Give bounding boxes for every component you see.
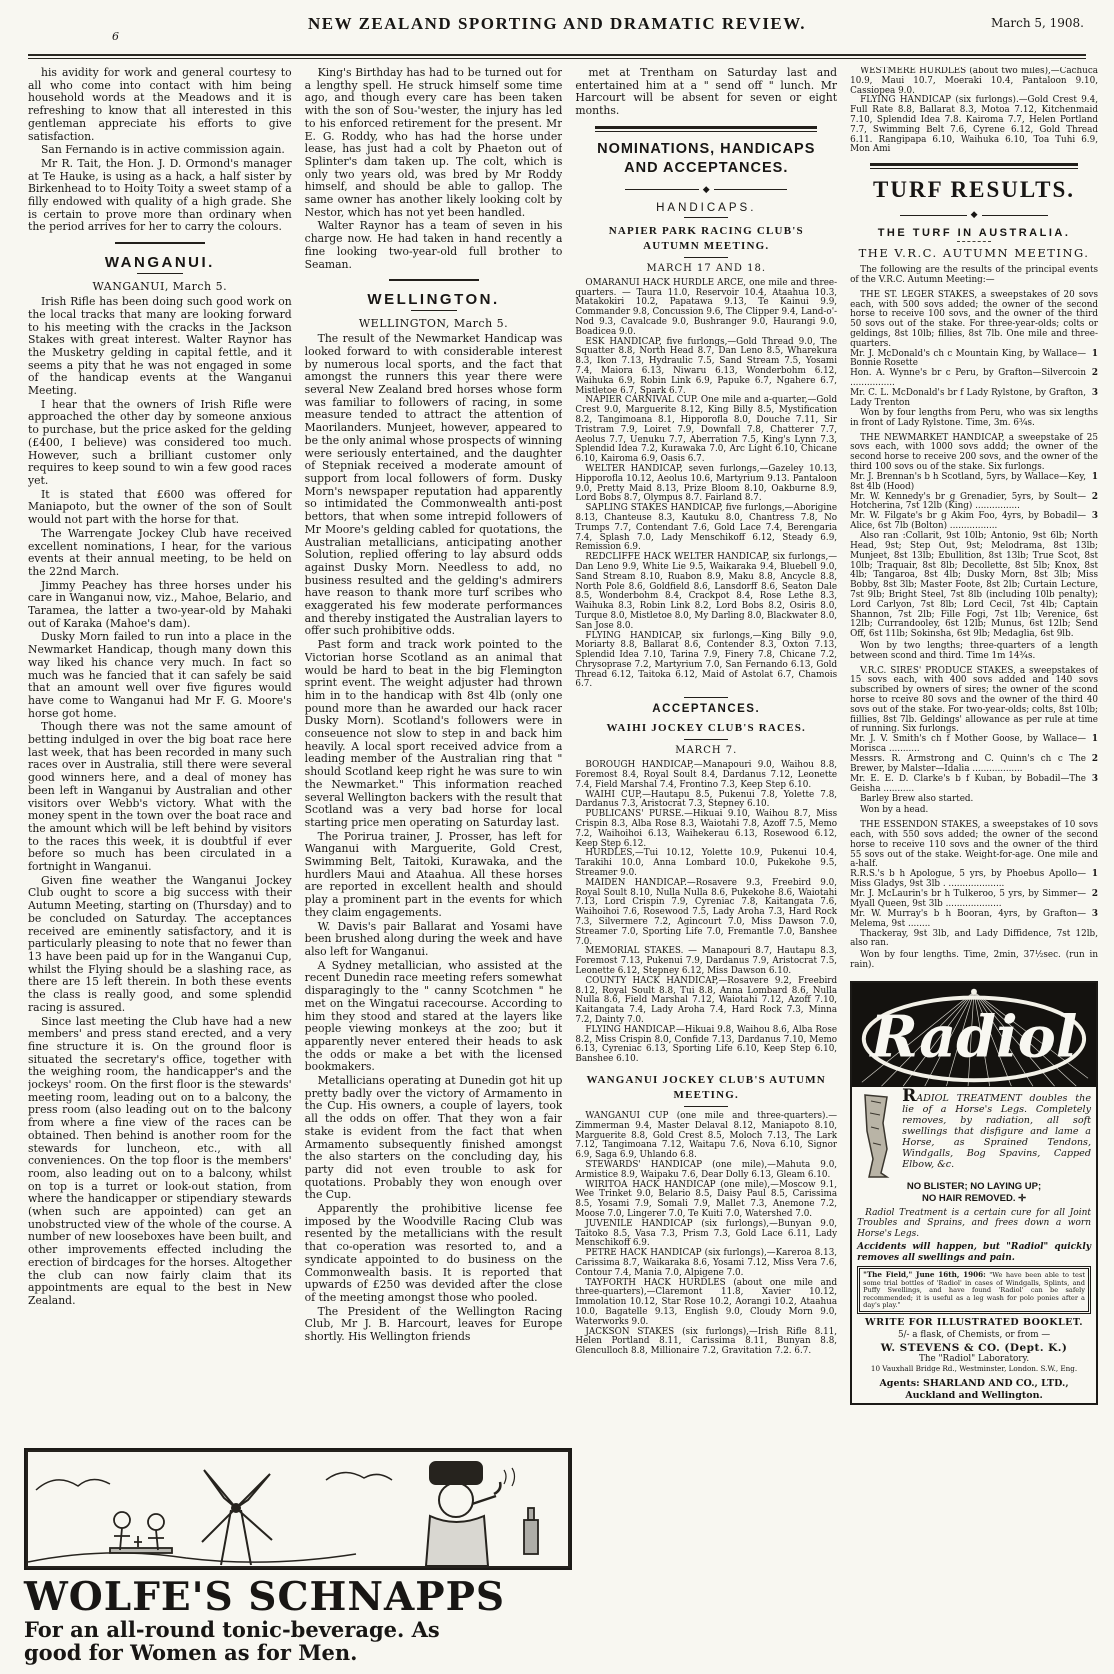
vrc-meeting-subheading: THE V.R.C. AUTUMN MEETING. [850,246,1098,260]
race-result-text: Mr. J. McDonald's ch c Mountain King, by… [850,350,1086,370]
news-paragraph: Walter Raynor has a team of seven in his… [305,220,563,271]
sires-produce-note-2: Won by a head. [850,806,1098,816]
wanganui-club-heading: WANGANUI JOCKEY CLUB'S AUTUMN MEETING. [579,1073,833,1103]
acceptance-race-entry: PUBLICANS' PURSE.—Hikuai 9.10, Waihou 8.… [575,810,837,849]
news-paragraph: Given fine weather the Wanganui Jockey C… [28,875,292,1015]
race-result-row: Mr. J. Brennan's b h Scotland, 5yrs, by … [850,473,1098,493]
race-result-place: 2 [1086,755,1098,775]
acceptance-race-entry: WIRITOA HACK HANDICAP (one mile),—Moscow… [575,1181,837,1220]
col1-intro-paragraphs: his avidity for work and general courtes… [28,67,292,234]
race-result-row: Mr. W. Murray's b h Booran, 4yrs, by Gra… [850,910,1098,930]
turf-results-heading: TURF RESULTS. [850,177,1098,203]
issue-date: March 5, 1908. [991,16,1084,30]
handicap-race-entry: OMARANUI HACK HURDLE ARCE, one mile and … [575,279,837,338]
acceptance-race-entry: BOROUGH HANDICAP,—Manapouri 9.0, Waihou … [575,761,837,790]
news-paragraph: Past form and track work pointed to the … [305,639,563,830]
race-result-text: Mr. W. Kennedy's br g Grenadier, 5yrs, b… [850,493,1086,513]
radiol-agents-line: Agents: SHARLAND AND CO., LTD., Auckland… [857,1378,1091,1401]
acceptance-race-entry: MAIDEN HANDICAP.—Rosavere 9.3, Freebird … [575,879,837,948]
column-3: met at Trentham on Saturday last and ent… [575,67,837,1357]
divider [684,1106,728,1107]
race-result-place: 1 [1086,473,1098,493]
essendon-description: THE ESSENDON STAKES, a sweepstakes of 10… [850,821,1098,870]
news-paragraph: The Warrengate Jockey Club have received… [28,528,292,579]
paper-title: NEW ZEALAND SPORTING AND DRAMATIC REVIEW… [0,14,1114,34]
news-paragraph: The result of the Newmarket Handicap was… [305,333,563,638]
wolfes-schnapps-tagline-2: good for Women as for Men. [24,1641,572,1664]
acceptance-race-entry: FLYING HANDICAP.—Hikuai 9.8, Waihou 8.6,… [575,1026,837,1065]
divider [684,257,728,258]
wellington-dateline: WELLINGTON, March 5. [305,317,563,330]
news-paragraph: his avidity for work and general courtes… [28,67,292,143]
divider [684,697,728,698]
column-4: WESTMERE HURDLES (about two miles),—Cach… [850,67,1098,1405]
news-paragraph: Jimmy Peachey has three horses under his… [28,580,292,631]
race-result-place: 1 [1086,735,1098,755]
race-result-row: R.R.S.'s b h Apologue, 5 yrs, by Phoebus… [850,870,1098,890]
newmarket-description: THE NEWMARKET HANDICAP, a sweepstake of … [850,434,1098,473]
wellington-heading: WELLINGTON. [305,291,563,308]
race-result-text: Mr. C. L. McDonald's br f Lady Rylstone,… [850,389,1086,409]
race-result-place: 2 [1086,369,1098,389]
col4-continued-races: WESTMERE HURDLES (about two miles),—Cach… [850,67,1098,155]
wellington-paragraphs: The result of the Newmarket Handicap was… [305,333,563,1344]
race-result-row: Mr. J. V. Smith's ch f Mother Goose, by … [850,735,1098,755]
race-result-text: Mr. W. Filgate's br g Akim Foo, 4yrs, by… [850,512,1086,532]
radiol-press-quote: "The Field," June 16th, 1906: "We have b… [859,1268,1089,1312]
napier-meeting-date: MARCH 17 AND 18. [575,263,837,274]
radiol-advertisement: Radiol RADIOL TREATMENT doubles the lie … [850,981,1098,1406]
radiol-laboratory-line: The "Radiol" Laboratory. [857,1354,1091,1364]
divider [137,273,183,274]
wolfes-schnapps-title: WOLFE'S SCHNAPPS [24,1576,572,1618]
continued-paragraph: met at Trentham on Saturday last and ent… [575,67,837,118]
napier-club-heading: NAPIER PARK RACING CLUB'S AUTUMN MEETING… [579,224,833,254]
race-result-place: 3 [1086,512,1098,532]
radiol-price-line: 5/- a flask, of Chemists, or from — [857,1330,1091,1340]
race-result-place: 2 [1086,493,1098,513]
race-result-place: 1 [1086,870,1098,890]
page-number: 6 [112,30,119,43]
race-result-place: 1 [1086,350,1098,370]
handicap-race-entry: WELTER HANDICAP, seven furlongs,—Gazeley… [575,465,837,504]
radiol-address-line: 10 Vauxhall Bridge Rd., Westminster, Lon… [857,1364,1091,1373]
column-2: King's Birthday has had to be turned out… [305,67,563,1345]
section-rule [595,126,817,132]
sires-produce-note: Barley Brew also started. [850,795,1098,805]
essendon-results: R.R.S.'s b h Apologue, 5 yrs, by Phoebus… [850,870,1098,929]
divider [411,310,457,311]
race-result-row: Mr. C. L. McDonald's br f Lady Rylstone,… [850,389,1098,409]
race-result-place: 2 [1086,890,1098,910]
newspaper-page: 6 NEW ZEALAND SPORTING AND DRAMATIC REVI… [0,0,1114,1674]
wanganui-heading: WANGANUI. [28,254,292,271]
race-result-row: Mr. J. McDonald's ch c Mountain King, by… [850,350,1098,370]
radiol-body: RADIOL TREATMENT doubles the lie of a Ho… [852,1087,1096,1404]
divider [115,242,205,244]
divider [957,241,991,242]
race-result-place: 3 [1086,910,1098,930]
race-result-text: Mr. J. Brennan's b h Scotland, 5yrs, by … [850,473,1086,493]
essendon-note-2: Won by four lengths. Time, 2min, 37½sec.… [850,951,1098,971]
handicap-race-entry: NAPIER CARNIVAL CUP. One mile and a-quar… [575,396,837,465]
essendon-note: Thackeray, 9st 3lb, and Lady Diffidence,… [850,930,1098,950]
news-paragraph: I hear that the owners of Irish Rifle we… [28,399,292,488]
race-result-text: Messrs. R. Armstrong and C. Quinn's ch c… [850,755,1086,775]
radiol-lead-body: ADIOL TREATMENT doubles the lie of a Hor… [902,1093,1091,1170]
divider [684,217,728,218]
divider [389,279,479,281]
race-result-text: Mr. J. V. Smith's ch f Mother Goose, by … [850,735,1086,755]
wolfes-schnapps-illustration [24,1448,572,1570]
column-1: his avidity for work and general courtes… [28,67,292,1309]
diamond-ornament: ◆ [699,185,714,195]
news-paragraph: San Fernando is in active commission aga… [28,144,292,157]
news-paragraph: A Sydney metallician, who assisted at th… [305,960,563,1074]
news-paragraph: The President of the Wellington Racing C… [305,1306,563,1344]
ornament-rule: ◆ [900,210,1048,220]
handicap-race-entry: FLYING HANDICAP (six furlongs).—Gold Cre… [850,96,1098,155]
news-paragraph: Metallicians operating at Dunedin got hi… [305,1075,563,1202]
results-intro: The following are the results of the pri… [850,266,1098,286]
masthead: 6 NEW ZEALAND SPORTING AND DRAMATIC REVI… [0,0,1114,50]
handicap-race-entry: WESTMERE HURDLES (about two miles),—Cach… [850,67,1098,96]
radiol-cure-text: Radiol Treatment is a certain cure for a… [857,1208,1091,1240]
acceptance-race-entry: TAYFORTH HACK HURDLES (about one mile an… [575,1279,837,1328]
race-result-text: Hon. A. Wynne's br c Peru, by Grafton—Si… [850,369,1086,389]
waihi-races: BOROUGH HANDICAP,—Manapouri 9.0, Waihou … [575,761,837,1065]
sires-produce-results: Mr. J. V. Smith's ch f Mother Goose, by … [850,735,1098,794]
radiol-logo: Radiol [852,983,1096,1087]
napier-races: OMARANUI HACK HURDLE ARCE, one mile and … [575,279,837,690]
news-paragraph: Since last meeting the Club have had a n… [28,1016,292,1308]
newmarket-note: Won by two lengths; three-quarters of a … [850,642,1098,662]
radiol-no-blister-line-2: NO HAIR REMOVED. ✛ [857,1193,1091,1205]
waihi-club-heading: WAIHI JOCKEY CLUB'S RACES. [579,721,833,736]
news-paragraph: Irish Rifle has been doing such good wor… [28,296,292,398]
sires-produce-description: V.R.C. SIRES' PRODUCE STAKES, a sweepsta… [850,667,1098,736]
nominations-heading: NOMINATIONS, HANDICAPS AND ACCEPTANCES. [581,140,831,178]
newmarket-results: Mr. J. Brennan's b h Scotland, 5yrs, by … [850,473,1098,532]
race-result-place: 3 [1086,775,1098,795]
news-paragraph: Apparently the prohibitive license fee i… [305,1203,563,1305]
columns: his avidity for work and general courtes… [0,59,1114,1405]
acceptance-race-entry: STEWARDS' HANDICAP (one mile),—Mahuta 9.… [575,1161,837,1181]
turf-australia-subheading: THE TURF IN AUSTRALIA. [850,227,1098,239]
wolfes-schnapps-tagline-1: For an all-round tonic-beverage. As [24,1618,572,1641]
handicap-race-entry: ESK HANDICAP, five furlongs,—Gold Thread… [575,338,837,397]
acceptance-race-entry: HURDLES,—Tui 10.12, Yolette 10.9, Pukenu… [575,849,837,878]
race-result-text: Mr. J. McLaurin's br h Tulkeroo, 5 yrs, … [850,890,1086,910]
acceptance-race-entry: PETRE HACK HANDICAP (six furlongs),—Kare… [575,1249,837,1278]
acceptance-race-entry: WANGANUI CUP (one mile and three-quarter… [575,1112,837,1161]
race-result-row: Mr. E. E. D. Clarke's b f Kuban, by Boba… [850,775,1098,795]
radiol-booklet-line: WRITE FOR ILLUSTRATED BOOKLET. [857,1317,1091,1328]
race-result-row: Mr. W. Filgate's br g Akim Foo, 4yrs, by… [850,512,1098,532]
st-leger-description: THE ST. LEGER STAKES, a sweepstakes of 2… [850,291,1098,350]
news-paragraph: King's Birthday has had to be turned out… [305,67,563,219]
newmarket-also-ran: Also ran :Collarit, 9st 10lb; Antonio, 9… [850,532,1098,640]
divider [684,739,728,740]
acceptance-race-entry: JACKSON STAKES (six furlongs),—Irish Rif… [575,1328,837,1357]
radiol-accidents-text: Accidents will happen, but "Radiol" quic… [857,1242,1091,1263]
news-paragraph: Mr R. Tait, the Hon. J. D. Ormond's mana… [28,158,292,234]
svg-text:Radiol: Radiol [869,1003,1078,1070]
diamond-ornament: ◆ [967,210,982,220]
race-result-text: R.R.S.'s b h Apologue, 5 yrs, by Phoebus… [850,870,1086,890]
radiol-no-blister-line-1: NO BLISTER; NO LAYING UP; [857,1181,1091,1193]
news-paragraph: The Porirua trainer, J. Prosser, has lef… [305,831,563,920]
race-result-text: Mr. W. Murray's b h Booran, 4yrs, by Gra… [850,910,1086,930]
news-paragraph: Dusky Morn failed to run into a place in… [28,631,292,720]
ornament-rule: ◆ [625,185,787,195]
wanganui-paragraphs: Irish Rifle has been doing such good wor… [28,296,292,1308]
wolfes-schnapps-advertisement: WOLFE'S SCHNAPPS For an all-round tonic-… [24,1448,572,1674]
handicaps-subheading: HANDICAPS. [575,202,837,214]
race-result-row: Mr. J. McLaurin's br h Tulkeroo, 5 yrs, … [850,890,1098,910]
st-leger-results: Mr. J. McDonald's ch c Mountain King, by… [850,350,1098,409]
wanganui-dateline: WANGANUI, March 5. [28,280,292,293]
waihi-meeting-date: MARCH 7. [575,745,837,756]
st-leger-note: Won by four lengths from Peru, who was s… [850,409,1098,429]
race-result-place: 3 [1086,389,1098,409]
acceptances-subheading: ACCEPTANCES. [575,703,837,715]
race-result-text: Mr. E. E. D. Clarke's b f Kuban, by Boba… [850,775,1086,795]
section-rule [870,163,1078,169]
handicap-race-entry: SAPLING STAKES HANDICAP, five furlongs,—… [575,504,837,553]
handicap-race-entry: REDCLIFFE HACK WELTER HANDICAP, six furl… [575,553,837,631]
col2-intro-paragraphs: King's Birthday has had to be turned out… [305,67,563,271]
acceptance-race-entry: JUVENILE HANDICAP (six furlongs),—Bunyan… [575,1220,837,1249]
news-paragraph: W. Davis's pair Ballarat and Yosami have… [305,921,563,959]
acceptance-race-entry: MEMORIAL STAKES. — Manapouri 8.7, Hautap… [575,947,837,976]
news-paragraph: It is stated that £600 was offered for M… [28,489,292,527]
acceptance-race-entry: COUNTY HACK HANDICAP,—Rosavere 9.2, Free… [575,977,837,1026]
race-result-row: Messrs. R. Armstrong and C. Quinn's ch c… [850,755,1098,775]
horse-leg-illustration [857,1093,897,1179]
radiol-dropcap: R [902,1086,916,1106]
acceptance-race-entry: WAIHI CUP,—Hautapu 8.5, Pukenui 7.8, Yol… [575,791,837,811]
news-paragraph: Though there was not the same amount of … [28,721,292,873]
race-result-row: Hon. A. Wynne's br c Peru, by Grafton—Si… [850,369,1098,389]
wanganui-jc-races: WANGANUI CUP (one mile and three-quarter… [575,1112,837,1357]
race-result-row: Mr. W. Kennedy's br g Grenadier, 5yrs, b… [850,493,1098,513]
radiol-company-name: W. STEVENS & CO. (Dept. K.) [857,1342,1091,1354]
handicap-race-entry: FLYING HANDICAP, six furlongs,—King Bill… [575,632,837,691]
